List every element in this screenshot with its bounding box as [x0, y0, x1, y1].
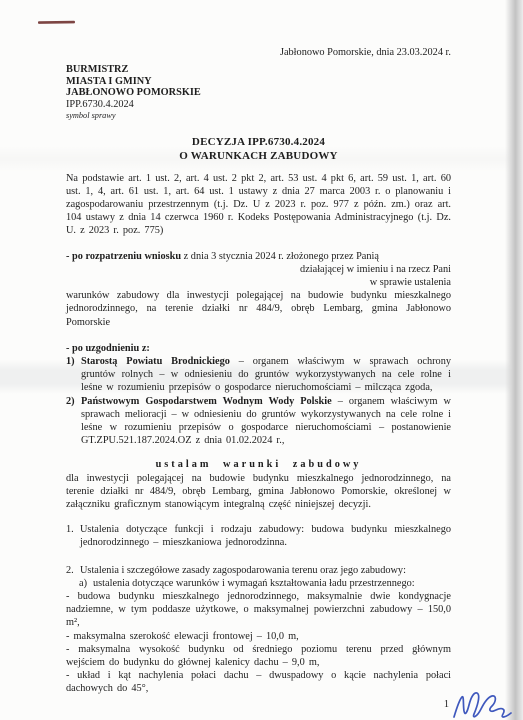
- agreement-item-2-number: 2): [66, 395, 81, 448]
- document-title-line2: O WARUNKACH ZABUDOWY: [66, 149, 451, 163]
- application-section: - po rozpatrzeniu wniosku z dnia 3 stycz…: [66, 250, 451, 329]
- application-lead-rest: z dnia 3 stycznia 2024 r. złożonego prze…: [181, 251, 379, 262]
- finding-item-1-text: Ustalenia dotyczące funkcji i rodzaju za…: [80, 523, 451, 549]
- case-number-label: symbol sprawy: [66, 111, 451, 121]
- agreement-item-1: 1) Starostą Powiatu Brodnickiego – organ…: [66, 355, 451, 395]
- subsection-a-label: a): [79, 577, 93, 590]
- sender-locality: JABŁONOWO POMORSKIE: [66, 87, 451, 99]
- decision-heading: ustalam warunki zabudowy: [66, 458, 451, 471]
- sender-title: BURMISTRZ: [66, 64, 451, 76]
- finding-item-1: 1. Ustalenia dotyczące funkcji i rodzaju…: [66, 523, 451, 549]
- case-number: IPP.6730.4.2024: [66, 99, 451, 111]
- agreement-item-2-lead: Państwowym Gospodarstwem Wodnym Wody Pol…: [81, 396, 332, 407]
- red-pen-mark: [38, 21, 75, 24]
- sender-entity: MIASTA I GMINY: [66, 76, 451, 88]
- handwritten-signature-icon: [450, 687, 516, 720]
- application-lead-bold: - po rozpatrzeniu wniosku: [66, 251, 181, 262]
- document-title-line1: DECYZJA IPP.6730.4.2024: [66, 135, 451, 149]
- decision-intro: dla inwestycji polegającej na budowie bu…: [66, 472, 451, 512]
- agreement-item-1-number: 1): [66, 355, 81, 395]
- agreement-item-1-lead: Starostą Powiatu Brodnickiego: [81, 356, 230, 367]
- document-content: Jabłonowo Pomorskie, dnia 23.03.2024 r. …: [0, 0, 523, 711]
- agreement-item-1-text: Starostą Powiatu Brodnickiego – organem …: [81, 355, 451, 395]
- attorney-line: działającej w imieniu i na rzecz Pani: [66, 263, 451, 276]
- sender-block: BURMISTRZ MIASTA I GMINY JABŁONOWO POMOR…: [66, 64, 451, 120]
- agreement-item-2: 2) Państwowym Gospodarstwem Wodnym Wody …: [66, 395, 451, 448]
- finding-item-2: 2. Ustalenia i szczegółowe zasady zagosp…: [66, 564, 451, 577]
- application-body: warunków zabudowy dla inwestycji polegaj…: [66, 289, 451, 329]
- application-lead-line: - po rozpatrzeniu wniosku z dnia 3 stycz…: [66, 250, 451, 263]
- handwritten-signature: [454, 693, 511, 717]
- purpose-line: w sprawie ustalenia: [66, 276, 451, 289]
- subsection-a-text: ustalenia dotyczące warunków i wymagań k…: [93, 577, 415, 590]
- red-pen-mark-icon: [37, 20, 77, 27]
- scanned-document-page: Jabłonowo Pomorskie, dnia 23.03.2024 r. …: [0, 0, 523, 720]
- agreements-heading: - po uzgodnieniu z:: [66, 342, 451, 355]
- condition-dash-item: - maksymalna wysokość budynku od średnie…: [66, 643, 451, 669]
- finding-item-2-text: Ustalenia i szczegółowe zasady zagospoda…: [80, 564, 451, 577]
- finding-item-2-number: 2.: [66, 564, 80, 577]
- condition-dash-item: - układ i kąt nachylenia połaci dachu – …: [66, 669, 451, 695]
- page-edge-shadow: [505, 0, 523, 720]
- document-title: DECYZJA IPP.6730.4.2024 O WARUNKACH ZABU…: [66, 135, 451, 163]
- legal-basis-paragraph: Na podstawie art. 1 ust. 2, art. 4 ust. …: [66, 172, 451, 238]
- page-number: 1: [66, 698, 451, 711]
- subsection-a: a) ustalenia dotyczące warunków i wymaga…: [79, 577, 451, 590]
- condition-dash-item: - maksymalna szerokość elewacji frontowe…: [66, 630, 451, 643]
- date-line: Jabłonowo Pomorskie, dnia 23.03.2024 r.: [66, 46, 451, 59]
- condition-dash-item: - budowa budynku mieszkalnego jednorodzi…: [66, 590, 451, 630]
- agreement-item-2-text: Państwowym Gospodarstwem Wodnym Wody Pol…: [81, 395, 451, 448]
- finding-item-1-number: 1.: [66, 523, 80, 549]
